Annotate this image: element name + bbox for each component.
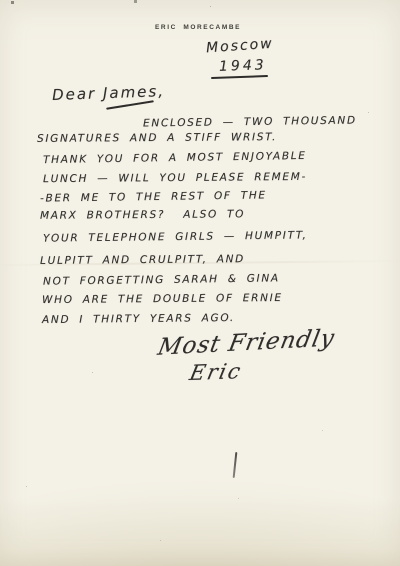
letterhead-name: ERIC MORECAMBE: [155, 24, 241, 31]
body-line: AND I THIRTY YEARS AGO.: [42, 312, 235, 326]
date-line: 1943: [219, 57, 267, 75]
signature: Eric: [187, 359, 244, 385]
body-line: WHO ARE THE DOUBLE OF ERNIE: [42, 292, 283, 306]
paper-specks: [0, 0, 1, 1]
body-line: LUNCH — WILL YOU PLEASE REMEM-: [43, 171, 307, 185]
body-line: LULPITT AND CRULPITT, AND: [40, 253, 245, 267]
body-line: SIGNATURES AND A STIFF WRIST.: [37, 131, 277, 145]
body-line: MARX BROTHERS? ALSO TO: [40, 208, 245, 221]
scanned-letter: ERIC MORECAMBE Moscow 1943 Dear James, E…: [0, 0, 400, 566]
